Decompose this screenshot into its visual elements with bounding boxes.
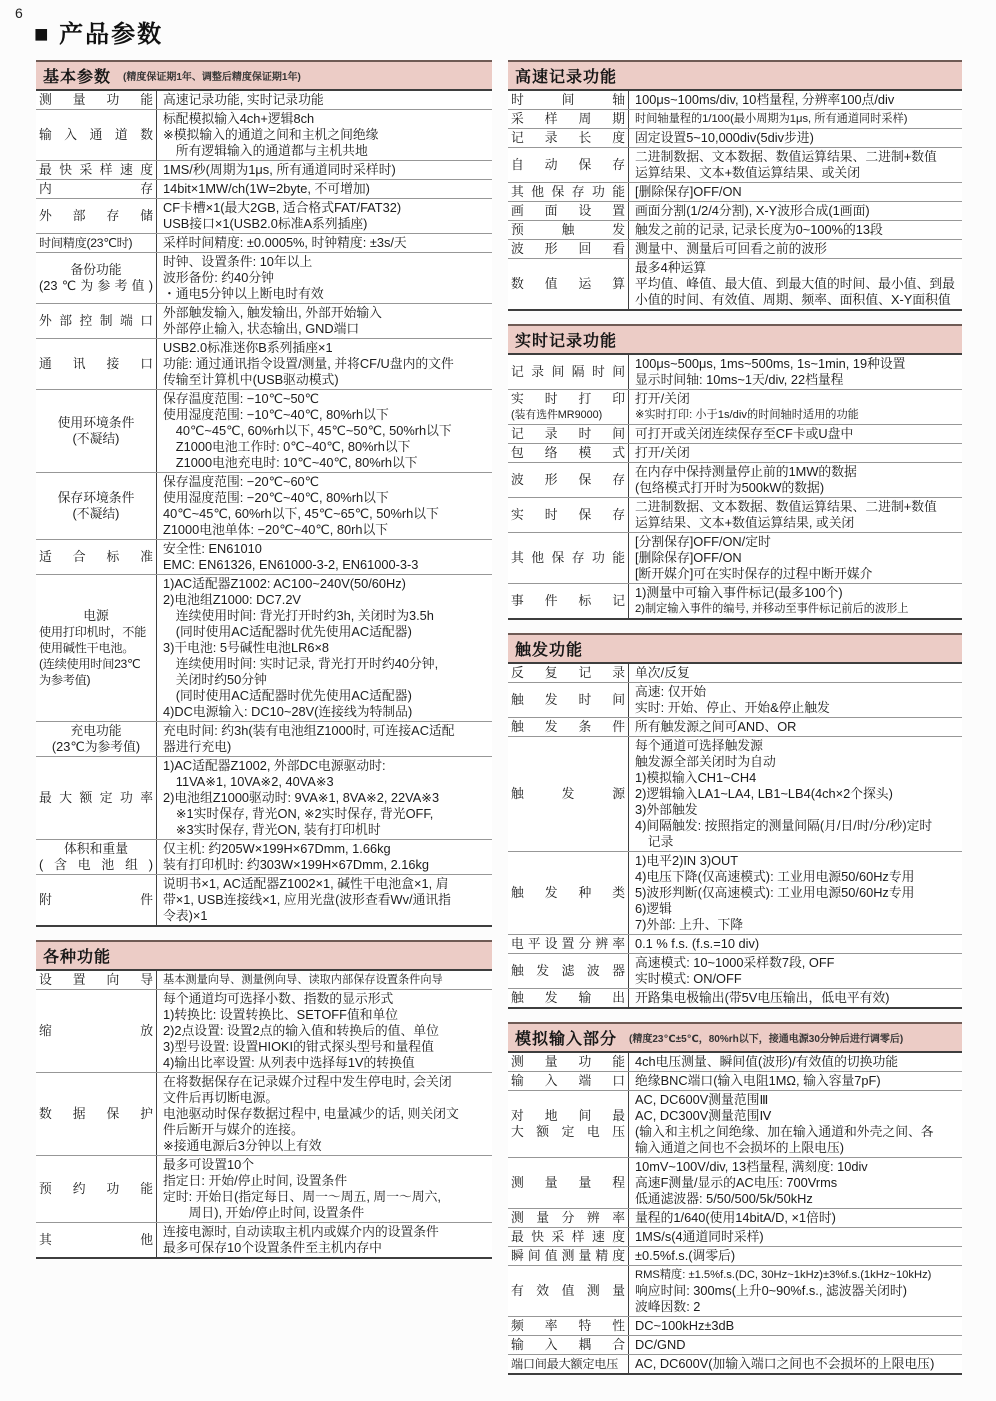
value-line: 3)干电池: 5号碱性电池LR6×8: [163, 640, 488, 656]
row-value: 标配模拟输入4ch+逻辑8ch※模拟输入的通道之间和主机之间绝缘 所有逻辑输入的…: [157, 110, 492, 160]
spec-row: 通讯接口USB2.0标准迷你B系列插座×1功能: 通过通讯指令设置/测量, 并将…: [36, 338, 492, 389]
row-value: 所有触发源之间可AND、OR: [629, 718, 962, 736]
value-line: 器进行充电): [163, 739, 488, 755]
spec-row: 测量功能4ch电压测量、瞬间值(波形)/有效值的切换功能: [508, 1053, 962, 1071]
row-label: 记录时间: [508, 425, 629, 443]
row-label-line: 触发时间: [511, 692, 625, 708]
value-line: 关闭时约50分钟: [163, 672, 488, 688]
spec-table: 高速记录功能时间轴100μs~100ms/div, 10档量程, 分辨率100点…: [508, 60, 962, 311]
value-line: Z1000电池单体: −20℃~40℃, 80rh以下: [163, 522, 488, 538]
row-value: 在内存中保持测量停止前的1MW的数据(包络模式打开时为500kW的数据): [629, 463, 962, 497]
section-header: 模拟输入部分(精度23℃±5℃，80%rh以下，接通电源30分钟后进行调零后): [508, 1022, 962, 1053]
spec-row: 其他保存功能[删除保存]OFF/ON: [508, 182, 962, 201]
value-line: 触发之前的记录, 记录长度为0~100%的13段: [635, 222, 958, 238]
row-label-line: 触发条件: [511, 719, 625, 735]
spec-row: 自动保存二进制数据、文本数据、数值运算结果、二进制+数值运算结果、文本+数值运算…: [508, 147, 962, 182]
value-line: [分割保存]OFF/ON/定时: [635, 534, 958, 550]
value-line: 1)转换比: 设置转换比、SETOFF值和单位: [163, 1007, 488, 1023]
value-line: ※实时打印: 小于1s/div的时间轴时适用的功能: [635, 407, 958, 423]
spec-row: 输入端口绝缘BNC端口(输入电阻1MΩ, 输入容量7pF): [508, 1071, 962, 1090]
value-line: ±0.5%f.s.(调零后): [635, 1248, 958, 1264]
value-line: 连续使用时间: 背光打开时约3h, 关闭时为3.5h: [163, 608, 488, 624]
row-value: 高速记录功能, 实时记录功能: [157, 91, 492, 109]
row-label-line: 输入端口: [511, 1073, 625, 1089]
row-label: 外部存储: [36, 199, 157, 233]
row-value: 高速模式: 10~1000采样数7段, OFF实时模式: ON/OFF: [629, 954, 962, 988]
row-value: USB2.0标准迷你B系列插座×1功能: 通过通讯指令设置/测量, 并将CF/U…: [157, 339, 492, 389]
row-value: 打开/关闭: [629, 444, 962, 462]
row-label-line: 使用碱性干电池。: [39, 640, 153, 656]
row-label-line: 其他: [39, 1232, 153, 1248]
value-line: 高速: 仅开始: [635, 684, 958, 700]
spec-row: 外部存储CF卡槽×1(最大2GB, 适合格式FAT/FAT32)USB接口×1(…: [36, 198, 492, 233]
row-value: 开路集电极输出(带5V电压输出，低电平有效): [629, 989, 962, 1007]
spec-row: 缩放每个通道均可选择小数、指数的显示形式1)转换比: 设置转换比、SETOFF值…: [36, 989, 492, 1072]
row-value: 14bit×1MW/ch(1W=2byte, 不可增加): [157, 180, 492, 198]
value-line: USB2.0标准迷你B系列插座×1: [163, 340, 488, 356]
section-header: 高速记录功能: [508, 60, 962, 91]
row-label-line: 体积和重量: [39, 841, 153, 857]
row-value: ±0.5%f.s.(调零后): [629, 1247, 962, 1265]
section-title: 模拟输入部分: [515, 1026, 617, 1049]
value-line: 最多4种运算: [635, 260, 958, 276]
row-value: [分割保存]OFF/ON/定时[删除保存]OFF/ON[断开媒介]可在实时保存的…: [629, 533, 962, 583]
row-label-line: 外部存储: [39, 208, 153, 224]
value-line: Z1000电池充电时: 10℃~40℃, 80%rh以下: [163, 455, 488, 471]
section-header: 各种功能: [36, 940, 492, 971]
value-line: 40℃~45℃, 60%rh以下, 45℃~65℃, 50%rh以下: [163, 506, 488, 522]
row-value: 最多可设置10个指定日: 开始/停止时间, 设置条件定时: 开始日(指定每日、周…: [157, 1156, 492, 1222]
row-label: 其他: [36, 1223, 157, 1257]
value-line: 2)电池组Z1000驱动时: 9VA※1, 8VA※2, 22VA※3: [163, 790, 488, 806]
spec-row: 触发源每个通道可选择触发源触发源全部关闭时为自动1)模拟输入CH1~CH42)逻…: [508, 736, 962, 851]
row-label-line: 时间轴: [511, 92, 625, 108]
row-label-line: 触发滤波器: [511, 963, 625, 979]
row-value: 时间轴量程的1/100(最小周期为1μs, 所有通道同时采样): [629, 110, 962, 128]
value-line: AC, DC600V(加输入端口之间也不会损坏的上限电压): [635, 1356, 958, 1372]
value-line: 高速F测量/显示的AC电压: 700Vrms: [635, 1175, 958, 1191]
row-value: 100μs~100ms/div, 10档量程, 分辨率100点/div: [629, 91, 962, 109]
value-line: 高速模式: 10~1000采样数7段, OFF: [635, 955, 958, 971]
value-line: 1)测量中可输入事件标记(最多100个): [635, 585, 958, 601]
value-line: 画面分割(1/2/4分割), X-Y波形合成(1画面): [635, 203, 958, 219]
row-label: 触发源: [508, 737, 629, 851]
row-value: 0.1 % f.s. (f.s.=10 div): [629, 935, 962, 953]
row-label: 触发输出: [508, 989, 629, 1007]
value-line: 所有触发源之间可AND、OR: [635, 719, 958, 735]
value-line: 功能: 通过通讯指令设置/测量, 并将CF/U盘内的文件: [163, 356, 488, 372]
value-line: 响应时间: 300ms(上升0~90%f.s., 滤波器关闭时): [635, 1283, 958, 1299]
value-line: 14bit×1MW/ch(1W=2byte, 不可增加): [163, 181, 488, 197]
value-line: 安全性: EN61010: [163, 541, 488, 557]
value-line: 2)电池组Z1000: DC7.2V: [163, 592, 488, 608]
row-label: 记录长度: [508, 129, 629, 147]
row-label: 最大额定功率: [36, 757, 157, 839]
section-header: 触发功能: [508, 633, 962, 664]
value-line: 4)DC电源输入: DC10~28V(连接线为特制品): [163, 704, 488, 720]
row-label-line: 事件标记: [511, 593, 625, 609]
row-label: 画面设置: [508, 202, 629, 220]
spec-row: 内存14bit×1MW/ch(1W=2byte, 不可增加): [36, 179, 492, 198]
row-label-line: 输入通道数: [39, 127, 153, 143]
row-value: 1MS/s(4通道同时采样): [629, 1228, 962, 1246]
value-line: 运算结果、文本+数值运算结果, 或关闭: [635, 515, 958, 531]
row-label-line: (23℃为参考值): [39, 739, 153, 755]
value-line: 周日), 开始/停止时间, 设置条件: [163, 1205, 488, 1221]
row-label-line: 数据保护: [39, 1106, 153, 1122]
value-line: 低通滤波器: 5/50/500/5k/50kHz: [635, 1191, 958, 1207]
row-value: 1)AC适配器Z1002: AC100~240V(50/60Hz)2)电池组Z1…: [157, 575, 492, 721]
row-label: 附件: [36, 875, 157, 925]
row-label-line: 适合标准: [39, 549, 153, 565]
spec-table: 模拟输入部分(精度23℃±5℃，80%rh以下，接通电源30分钟后进行调零后)测…: [508, 1022, 962, 1375]
row-value: 保存温度范围: −10℃~50℃使用湿度范围: −10℃~40℃, 80%rh以…: [157, 390, 492, 472]
row-label-line: 端口间最大额定电压: [511, 1356, 625, 1372]
row-label: 电平设置分辨率: [508, 935, 629, 953]
row-label-line: 充电功能: [39, 723, 153, 739]
row-label-line: 备份功能: [39, 262, 153, 278]
spec-row: 记录长度固定设置5~10,000div(5div步进): [508, 128, 962, 147]
value-line: 打开/关闭: [635, 445, 958, 461]
row-label-line: 通讯接口: [39, 356, 153, 372]
row-label-line: 外部控制端口: [39, 313, 153, 329]
row-label: 波形回看: [508, 240, 629, 258]
row-value: 可打开或关闭连续保存至CF卡或U盘中: [629, 425, 962, 443]
row-label: 保存环境条件(不凝结): [36, 473, 157, 539]
row-value: 画面分割(1/2/4分割), X-Y波形合成(1画面): [629, 202, 962, 220]
row-label-line: 最快采样速度: [511, 1229, 625, 1245]
row-label: 外部控制端口: [36, 304, 157, 338]
row-label: 输入端口: [508, 1072, 629, 1090]
value-line: 件后断开与媒介的连接。: [163, 1122, 488, 1138]
spec-row: 备份功能(23℃为参考值)时钟、设置条件: 10年以上波形备份: 约40分钟・通…: [36, 252, 492, 303]
row-label: 反复记录: [508, 664, 629, 682]
row-label: 缩放: [36, 990, 157, 1072]
row-label-line: 其他保存功能: [511, 184, 625, 200]
row-label: 记录间隔时间: [508, 355, 629, 389]
section-title: 实时记录功能: [515, 328, 617, 351]
row-label-line: 大额定电压: [511, 1124, 625, 1140]
row-label: 实时保存: [508, 498, 629, 532]
section-header: 实时记录功能: [508, 324, 962, 355]
spec-row: 最快采样速度1MS/s(4通道同时采样): [508, 1227, 962, 1246]
row-value: 1)测量中可输入事件标记(最多100个)2)制定输入事件的编号, 并移动至事件标…: [629, 584, 962, 618]
row-value: 高速: 仅开始实时: 开始、停止、开始&停止触发: [629, 683, 962, 717]
spec-row: 外部控制端口外部触发输入, 触发输出, 外部开始输入外部停止输入, 状态输出, …: [36, 303, 492, 338]
row-label: 备份功能(23℃为参考值): [36, 253, 157, 303]
left-column: 基本参数(精度保证期1年、调整后精度保证期1年)测量功能高速记录功能, 实时记录…: [36, 60, 492, 1272]
row-label-line: 频率特性: [511, 1318, 625, 1334]
spec-row: 有效值测量RMS精度: ±1.5%f.s.(DC, 30Hz~1kHz)±3%f…: [508, 1265, 962, 1316]
value-line: (包络模式打开时为500kW的数据): [635, 480, 958, 496]
row-label: 输入通道数: [36, 110, 157, 160]
value-line: 10mV~100V/div, 13档量程, 满刻度: 10div: [635, 1159, 958, 1175]
row-label: 触发种类: [508, 852, 629, 934]
row-value: 安全性: EN61010EMC: EN61326, EN61000-3-2, E…: [157, 540, 492, 574]
row-value: 1)电平2)IN 3)OUT4)电压下降(仅高速模式): 工业用电源50/60H…: [629, 852, 962, 934]
row-label: 端口间最大额定电压: [508, 1355, 629, 1373]
row-label-line: 设置向导: [39, 972, 153, 988]
value-line: Z1000电池工作时: 0℃~40℃, 80%rh以下: [163, 439, 488, 455]
value-line: 打开/关闭: [635, 391, 958, 407]
spec-row: 波形回看测量中、测量后可回看之前的波形: [508, 239, 962, 258]
row-label: 包络模式: [508, 444, 629, 462]
value-line: 1MS/秒(周期为1μs, 所有通道同时采样时): [163, 162, 488, 178]
row-label-line: 触发输出: [511, 990, 625, 1006]
row-label: 波形保存: [508, 463, 629, 497]
row-value: 触发之前的记录, 记录长度为0~100%的13段: [629, 221, 962, 239]
value-line: 40℃~45℃, 60%rh以下, 45℃~50℃, 50%rh以下: [163, 423, 488, 439]
value-line: 高速记录功能, 实时记录功能: [163, 92, 488, 108]
row-value: 4ch电压测量、瞬间值(波形)/有效值的切换功能: [629, 1053, 962, 1071]
row-label: 最快采样速度: [508, 1228, 629, 1246]
value-line: ※1实时保存, 背光ON, ※2实时保存, 背光OFF,: [163, 806, 488, 822]
row-label-line: 测量分辨率: [511, 1210, 625, 1226]
row-label-line: (23℃为参考值): [39, 278, 153, 294]
row-label: 数据保护: [36, 1073, 157, 1155]
row-label-line: 保存环境条件: [39, 490, 153, 506]
row-value: AC, DC600V(加输入端口之间也不会损坏的上限电压): [629, 1355, 962, 1373]
row-value: DC/GND: [629, 1336, 962, 1354]
spec-table: 触发功能反复记录单次/反复触发时间高速: 仅开始实时: 开始、停止、开始&停止触…: [508, 633, 962, 1009]
row-value: 仅主机: 约205W×199H×67Dmm, 1.66kg装有打印机时: 约30…: [157, 840, 492, 874]
spec-row: 测量分辨率量程的1/640(使用14bitA/D, ×1倍时): [508, 1208, 962, 1227]
spec-row: 触发条件所有触发源之间可AND、OR: [508, 717, 962, 736]
row-value: CF卡槽×1(最大2GB, 适合格式FAT/FAT32)USB接口×1(USB2…: [157, 199, 492, 233]
value-line: 使用湿度范围: −20℃~40℃, 80%rh以下: [163, 490, 488, 506]
spec-row: 输入通道数标配模拟输入4ch+逻辑8ch※模拟输入的通道之间和主机之间绝缘 所有…: [36, 109, 492, 160]
value-line: 连接电源时, 自动读取主机内或媒介内的设置条件: [163, 1224, 488, 1240]
value-line: 每个通道均可选择小数、指数的显示形式: [163, 991, 488, 1007]
row-label-line: 电平设置分辨率: [511, 936, 625, 952]
value-line: 触发源全部关闭时为自动: [635, 754, 958, 770]
value-line: 4ch电压测量、瞬间值(波形)/有效值的切换功能: [635, 1054, 958, 1070]
value-line: (同时使用AC适配器时优先使用AC适配器): [163, 688, 488, 704]
spec-row: 触发滤波器高速模式: 10~1000采样数7段, OFF实时模式: ON/OFF: [508, 953, 962, 988]
value-line: 保存温度范围: −20℃~60℃: [163, 474, 488, 490]
row-label-line: 触发种类: [511, 885, 625, 901]
row-label-line: 记录长度: [511, 130, 625, 146]
row-label: 触发滤波器: [508, 954, 629, 988]
row-label: 测量功能: [508, 1053, 629, 1071]
value-line: CF卡槽×1(最大2GB, 适合格式FAT/FAT32): [163, 200, 488, 216]
value-line: 实时模式: ON/OFF: [635, 971, 958, 987]
value-line: 保存温度范围: −10℃~50℃: [163, 391, 488, 407]
row-label-line: 最大额定功率: [39, 790, 153, 806]
value-line: 传输至计算机中(USB驱动模式): [163, 372, 488, 388]
value-line: (同时使用AC适配器时优先使用AC适配器): [163, 624, 488, 640]
row-label: 数值运算: [508, 259, 629, 309]
row-value: 1MS/秒(周期为1μs, 所有通道同时采样时): [157, 161, 492, 179]
spec-row: 保存环境条件(不凝结)保存温度范围: −20℃~60℃使用湿度范围: −20℃~…: [36, 472, 492, 539]
row-label: 测量量程: [508, 1158, 629, 1208]
value-line: 显示时间轴: 10ms~1天/div, 22档量程: [635, 372, 958, 388]
row-label: 测量功能: [36, 91, 157, 109]
value-line: AC, DC300V测量范围Ⅳ: [635, 1108, 958, 1124]
value-line: 时钟、设置条件: 10年以上: [163, 254, 488, 270]
row-value: 每个通道可选择触发源触发源全部关闭时为自动1)模拟输入CH1~CH42)逻辑输入…: [629, 737, 962, 851]
spec-row: 触发输出开路集电极输出(带5V电压输出，低电平有效): [508, 988, 962, 1007]
row-label-line: 缩放: [39, 1023, 153, 1039]
section-title: 基本参数: [43, 64, 111, 87]
spec-row: 画面设置画面分割(1/2/4分割), X-Y波形合成(1画面): [508, 201, 962, 220]
row-value: 绝缘BNC端口(输入电阻1MΩ, 输入容量7pF): [629, 1072, 962, 1090]
spec-row: 数值运算最多4种运算平均值、峰值、最大值、到最大值的时间、最小值、到最小值的时间…: [508, 258, 962, 309]
value-line: [删除保存]OFF/ON: [635, 550, 958, 566]
spec-row: 体积和重量(含电池组)仅主机: 约205W×199H×67Dmm, 1.66kg…: [36, 839, 492, 874]
value-line: 令表)×1: [163, 908, 488, 924]
value-line: 小值的时间、有效值、周期、频率、面积值、X-Y面积值: [635, 292, 958, 308]
row-value: RMS精度: ±1.5%f.s.(DC, 30Hz~1kHz)±3%f.s.(1…: [629, 1266, 962, 1316]
row-value: 量程的1/640(使用14bitA/D, ×1倍时): [629, 1209, 962, 1227]
row-label-line: 瞬间值测量精度: [511, 1248, 625, 1264]
value-line: 在内存中保持测量停止前的1MW的数据: [635, 464, 958, 480]
value-line: 2)制定输入事件的编号, 并移动至事件标记前后的波形上: [635, 601, 958, 617]
row-label-line: 测量功能: [511, 1054, 625, 1070]
row-label: 有效值测量: [508, 1266, 629, 1316]
row-value: 固定设置5~10,000div(5div步进): [629, 129, 962, 147]
value-line: ※3实时保存, 背光ON, 装有打印机时: [163, 822, 488, 838]
row-label: 其他保存功能: [508, 533, 629, 583]
value-line: 文件后再切断电源。: [163, 1090, 488, 1106]
row-label: 预触发: [508, 221, 629, 239]
row-label-line: 触发源: [511, 786, 625, 802]
row-value: 每个通道均可选择小数、指数的显示形式1)转换比: 设置转换比、SETOFF值和单…: [157, 990, 492, 1072]
value-line: USB接口×1(USB2.0标准A系列插座): [163, 216, 488, 232]
row-label: 事件标记: [508, 584, 629, 618]
row-label-line: 记录间隔时间: [511, 364, 625, 380]
spec-row: 充电功能(23℃为参考值)充电时间: 约3h(装有电池组Z1000时, 可连接A…: [36, 721, 492, 756]
spec-row: 触发种类1)电平2)IN 3)OUT4)电压下降(仅高速模式): 工业用电源50…: [508, 851, 962, 934]
row-value: 打开/关闭※实时打印: 小于1s/div的时间轴时适用的功能: [629, 390, 962, 424]
row-label-line: (连续使用时间23℃: [39, 656, 153, 672]
row-value: AC, DC600V测量范围ⅢAC, DC300V测量范围Ⅳ(输入和主机之间绝缘…: [629, 1091, 962, 1157]
value-line: 0.1 % f.s. (f.s.=10 div): [635, 936, 958, 952]
value-line: 标配模拟输入4ch+逻辑8ch: [163, 111, 488, 127]
spec-row: 使用环境条件(不凝结)保存温度范围: −10℃~50℃使用湿度范围: −10℃~…: [36, 389, 492, 472]
row-label: 实时打印(装有选件MR9000): [508, 390, 629, 424]
row-label: 测量分辨率: [508, 1209, 629, 1227]
row-label: 充电功能(23℃为参考值): [36, 722, 157, 756]
row-value: 保存温度范围: −20℃~60℃使用湿度范围: −20℃~40℃, 80%rh以…: [157, 473, 492, 539]
value-line: 量程的1/640(使用14bitA/D, ×1倍时): [635, 1210, 958, 1226]
value-line: 指定日: 开始/停止时间, 设置条件: [163, 1173, 488, 1189]
row-label-line: (不凝结): [39, 506, 153, 522]
value-line: 4)电压下降(仅高速模式): 工业用电源50/60Hz专用: [635, 869, 958, 885]
spec-table: 基本参数(精度保证期1年、调整后精度保证期1年)测量功能高速记录功能, 实时记录…: [36, 60, 492, 927]
value-line: 固定设置5~10,000div(5div步进): [635, 130, 958, 146]
value-line: 基本测量向导、测量例向导、读取内部保存设置条件向导: [163, 972, 488, 988]
value-line: 充电时间: 约3h(装有电池组Z1000时, 可连接AC适配: [163, 723, 488, 739]
value-line: [断开媒介]可在实时保存的过程中断开媒介: [635, 566, 958, 582]
spec-row: 频率特性DC~100kHz±3dB: [508, 1316, 962, 1335]
section-note: (精度保证期1年、调整后精度保证期1年): [123, 68, 301, 83]
row-value: 最多4种运算平均值、峰值、最大值、到最大值的时间、最小值、到最小值的时间、有效值…: [629, 259, 962, 309]
value-line: 4)输出比率设置: 从列表中选择每1V的转换值: [163, 1055, 488, 1071]
row-label: 其他保存功能: [508, 183, 629, 201]
value-line: 最多可保存10个设置条件至主机内存中: [163, 1240, 488, 1256]
spec-row: 时间轴100μs~100ms/div, 10档量程, 分辨率100点/div: [508, 91, 962, 109]
spec-row: 实时保存二进制数据、文本数据、数值运算结果、二进制+数值运算结果、文本+数值运算…: [508, 497, 962, 532]
row-label-line: 内存: [39, 181, 153, 197]
row-label: 时间精度(23℃时): [36, 234, 157, 252]
spec-row: 其他保存功能[分割保存]OFF/ON/定时[删除保存]OFF/ON[断开媒介]可…: [508, 532, 962, 583]
value-line: 单次/反复: [635, 665, 958, 681]
row-label-line: 测量功能: [39, 92, 153, 108]
row-label-line: 输入耦合: [511, 1337, 625, 1353]
section-title: 各种功能: [43, 944, 111, 967]
section-title: 高速记录功能: [515, 64, 617, 87]
row-label-line: 反复记录: [511, 665, 625, 681]
value-line: RMS精度: ±1.5%f.s.(DC, 30Hz~1kHz)±3%f.s.(1…: [635, 1267, 958, 1283]
row-label-line: 波形回看: [511, 241, 625, 257]
row-label: 采样周期: [508, 110, 629, 128]
value-line: 外部触发输入, 触发输出, 外部开始输入: [163, 305, 488, 321]
value-line: [删除保存]OFF/ON: [635, 184, 958, 200]
spec-row: 反复记录单次/反复: [508, 664, 962, 682]
row-label: 输入耦合: [508, 1336, 629, 1354]
spec-row: 实时打印(装有选件MR9000)打开/关闭※实时打印: 小于1s/div的时间轴…: [508, 389, 962, 424]
value-line: 2)逻辑输入LA1~LA4, LB1~LB4(4ch×2个探头): [635, 786, 958, 802]
value-line: 使用湿度范围: −10℃~40℃, 80%rh以下: [163, 407, 488, 423]
row-label-line: 为参考值): [39, 672, 153, 688]
row-label: 内存: [36, 180, 157, 198]
row-label: 适合标准: [36, 540, 157, 574]
value-line: DC/GND: [635, 1337, 958, 1353]
value-line: 5)波形判断(仅高速模式): 工业用电源50/60Hz专用: [635, 885, 958, 901]
spec-row: 最快采样速度1MS/秒(周期为1μs, 所有通道同时采样时): [36, 160, 492, 179]
row-value: 1)AC适配器Z1002, 外部DC电源驱动时: 11VA※1, 10VA※2,…: [157, 757, 492, 839]
row-label: 预约功能: [36, 1156, 157, 1222]
value-line: 电池驱动时保存数据过程中, 电量减少的话, 则关闭文: [163, 1106, 488, 1122]
value-line: 在将数据保存在记录媒介过程中发生停电时, 会关闭: [163, 1074, 488, 1090]
spec-row: 瞬间值测量精度±0.5%f.s.(调零后): [508, 1246, 962, 1265]
row-label: 自动保存: [508, 148, 629, 182]
row-value: 说明书×1, AC适配器Z1002×1, 碱性干电池盒×1, 肩带×1, USB…: [157, 875, 492, 925]
row-value: 二进制数据、文本数据、数值运算结果、二进制+数值运算结果、文本+数值运算结果, …: [629, 498, 962, 532]
value-line: 平均值、峰值、最大值、到最大值的时间、最小值、到最: [635, 276, 958, 292]
row-label: 时间轴: [508, 91, 629, 109]
row-value: [删除保存]OFF/ON: [629, 183, 962, 201]
row-label-line: (不凝结): [39, 431, 153, 447]
value-line: 1)电平2)IN 3)OUT: [635, 853, 958, 869]
value-line: 输入通道之间也不会损坏的上限电压): [635, 1140, 958, 1156]
spec-table: 实时记录功能记录间隔时间100μs~500μs, 1ms~500ms, 1s~1…: [508, 324, 962, 620]
row-label-line: 记录时间: [511, 426, 625, 442]
spec-row: 事件标记1)测量中可输入事件标记(最多100个)2)制定输入事件的编号, 并移动…: [508, 583, 962, 618]
value-line: 说明书×1, AC适配器Z1002×1, 碱性干电池盒×1, 肩: [163, 876, 488, 892]
value-line: 运算结果、文本+数值运算结果、或关闭: [635, 165, 958, 181]
row-label-line: 预约功能: [39, 1181, 153, 1197]
page-number: 6: [15, 5, 23, 21]
value-line: 开路集电极输出(带5V电压输出，低电平有效): [635, 990, 958, 1006]
row-label-line: 数值运算: [511, 276, 625, 292]
section-header: 基本参数(精度保证期1年、调整后精度保证期1年): [36, 60, 492, 91]
row-label: 设置向导: [36, 971, 157, 989]
value-line: 外部停止输入, 状态输出, GND端口: [163, 321, 488, 337]
value-line: DC~100kHz±3dB: [635, 1318, 958, 1334]
spec-row: 适合标准安全性: EN61010EMC: EN61326, EN61000-3-…: [36, 539, 492, 574]
row-label-line: 有效值测量: [511, 1283, 625, 1299]
value-line: EMC: EN61326, EN61000-3-2, EN61000-3-3: [163, 557, 488, 573]
section-title: 触发功能: [515, 637, 583, 660]
row-label-line: 使用环境条件: [39, 415, 153, 431]
value-line: 100μs~500μs, 1ms~500ms, 1s~1min, 19种设置: [635, 356, 958, 372]
value-line: 波峰因数: 2: [635, 1299, 958, 1315]
row-label: 对地间最大额定电压: [508, 1091, 629, 1157]
spec-row: 触发时间高速: 仅开始实时: 开始、停止、开始&停止触发: [508, 682, 962, 717]
row-label: 最快采样速度: [36, 161, 157, 179]
